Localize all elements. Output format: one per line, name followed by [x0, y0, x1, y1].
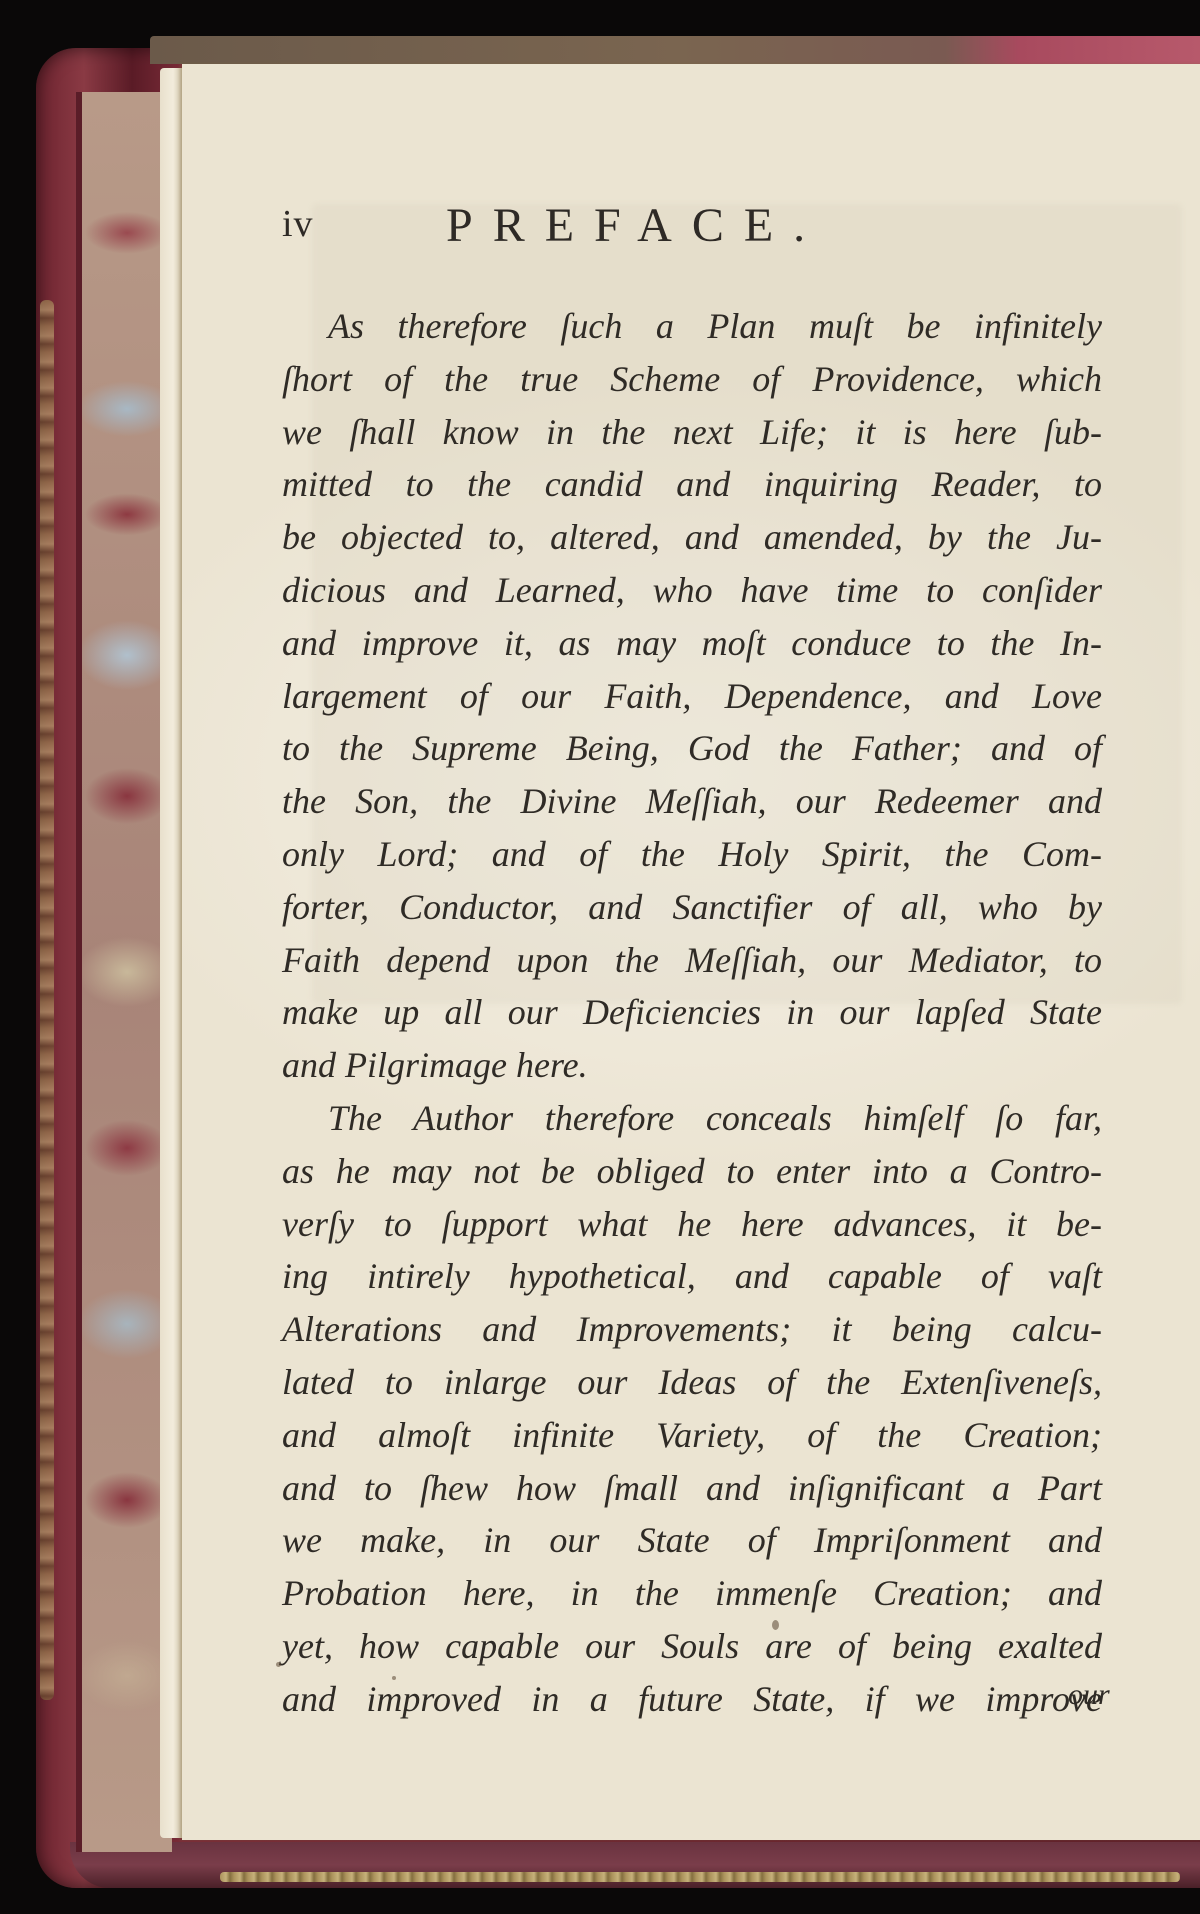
text-line: forter, Conductor, and Sanctifier of all…: [282, 881, 1102, 934]
text-line: be objected to, altered, and amended, by…: [282, 511, 1102, 564]
text-line: make up all our Deficiencies in our lapſ…: [282, 986, 1102, 1039]
text-line: As therefore ſuch a Plan muſt be infinit…: [282, 300, 1102, 353]
text-line: mitted to the candid and inquiring Reade…: [282, 458, 1102, 511]
page-title: PREFACE.: [446, 198, 825, 253]
text-line: as he may not be obliged to enter into a…: [282, 1145, 1102, 1198]
gilt-tooling-bottom: [220, 1872, 1180, 1882]
text-line: and almoſt infinite Variety, of the Crea…: [282, 1409, 1102, 1462]
text-line: and improved in a future State, if we im…: [282, 1673, 1102, 1726]
text-line: to the Supreme Being, God the Father; an…: [282, 722, 1102, 775]
text-line: lated to inlarge our Ideas of the Extenſ…: [282, 1356, 1102, 1409]
text-line: dicious and Learned, who have time to co…: [282, 564, 1102, 617]
text-line: we ſhall know in the next Life; it is he…: [282, 406, 1102, 459]
text-line: Faith depend upon the Meſſiah, our Media…: [282, 934, 1102, 987]
text-line: and to ſhew how ſmall and inſignificant …: [282, 1462, 1102, 1515]
cover-top-edge: [150, 36, 1200, 64]
marbled-endpaper: [76, 92, 172, 1852]
gilt-tooling-left: [40, 300, 54, 1700]
paragraph-2: The Author therefore conceals himſelf ſo…: [282, 1092, 1200, 1726]
flyleaf-edges: [160, 68, 184, 1838]
text-line: Alterations and Improvements; it being c…: [282, 1303, 1102, 1356]
text-line: and improve it, as may moſt conduce to t…: [282, 617, 1102, 670]
book-page: iv PREFACE. As therefore ſuch a Plan muſ…: [182, 64, 1200, 1840]
text-line: only Lord; and of the Holy Spirit, the C…: [282, 828, 1102, 881]
catchword: our: [1068, 1678, 1110, 1712]
text-line: largement of our Faith, Dependence, and …: [282, 670, 1102, 723]
page-number: iv: [282, 202, 314, 246]
text-line: yet, how capable our Souls are of being …: [282, 1620, 1102, 1673]
paragraph-1: As therefore ſuch a Plan muſt be infinit…: [282, 300, 1200, 1092]
text-line: the Son, the Divine Meſſiah, our Redeeme…: [282, 775, 1102, 828]
text-line: we make, in our State of Impriſonment an…: [282, 1514, 1102, 1567]
text-line: and Pilgrimage here.: [282, 1039, 1102, 1092]
text-line: The Author therefore conceals himſelf ſo…: [282, 1092, 1102, 1145]
body-text: As therefore ſuch a Plan muſt be infinit…: [282, 300, 1200, 1726]
text-line: ing intirely hypothetical, and capable o…: [282, 1250, 1102, 1303]
text-line: ſhort of the true Scheme of Providence, …: [282, 353, 1102, 406]
foxing-spot: [392, 1676, 396, 1680]
text-line: Probation here, in the immenſe Creation;…: [282, 1567, 1102, 1620]
text-line: verſy to ſupport what he here advances, …: [282, 1198, 1102, 1251]
running-head: iv PREFACE.: [282, 198, 1182, 258]
foxing-spot: [772, 1620, 779, 1630]
foxing-spot: [276, 1662, 281, 1667]
